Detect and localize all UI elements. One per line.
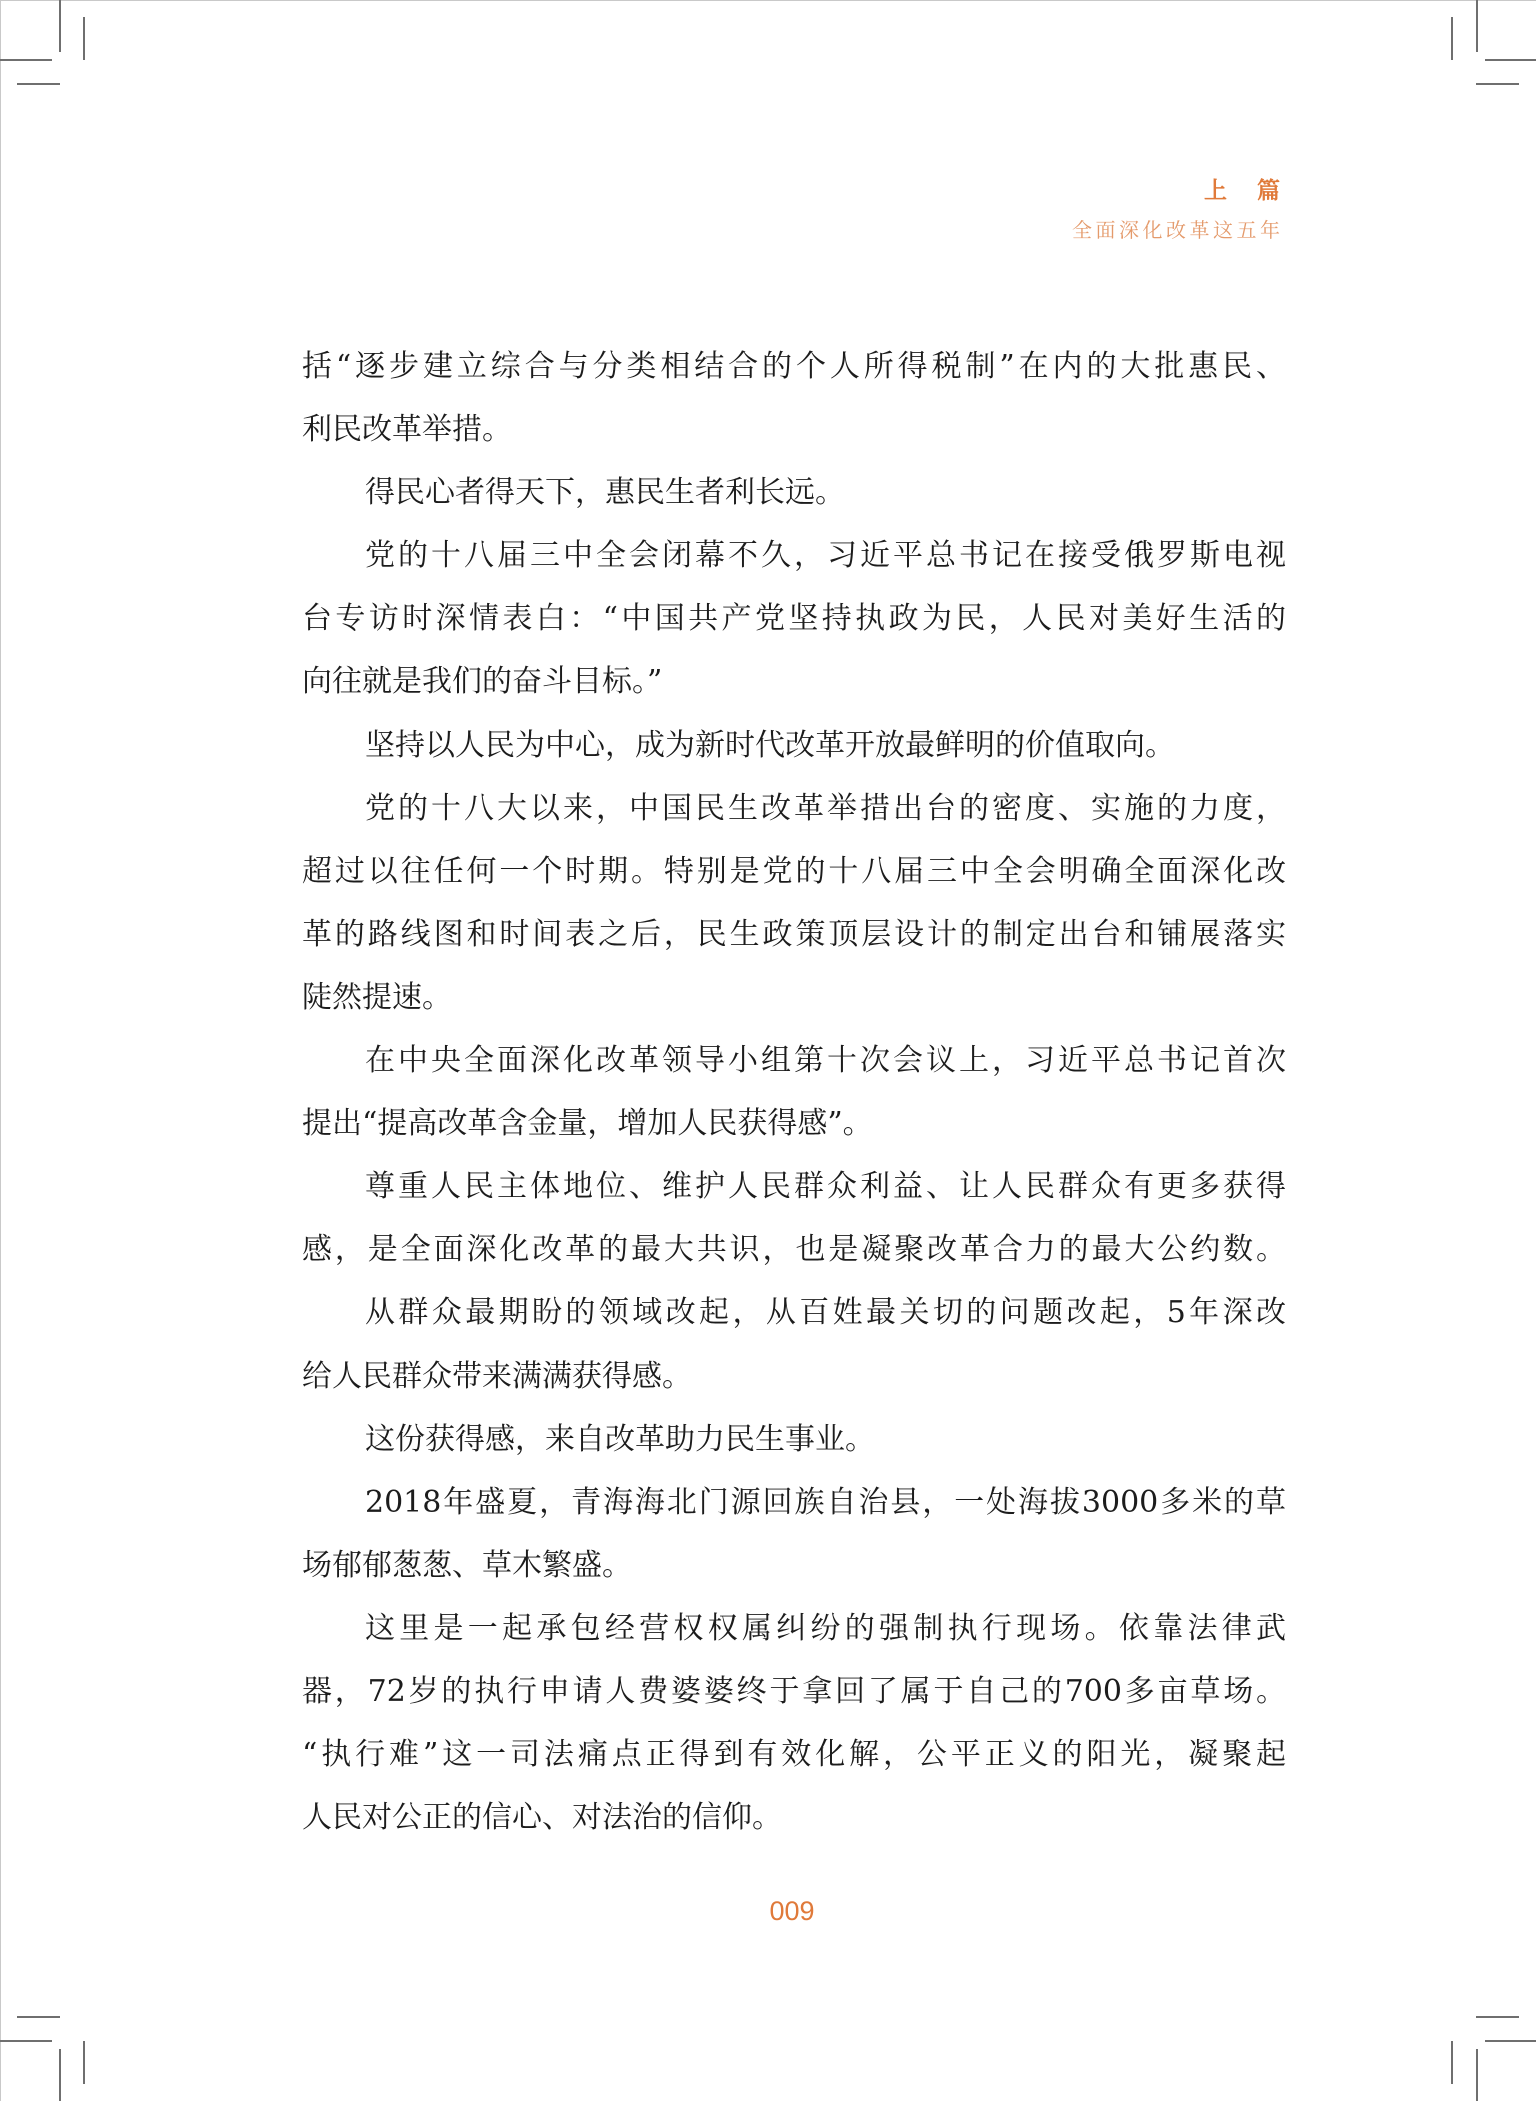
crop-mark-bottom-left-vertical-inner bbox=[83, 2041, 85, 2084]
text-line: 感，是全面深化改革的最大共识，也是凝聚改革合力的最大公约数。 bbox=[302, 1218, 1286, 1281]
crop-mark-bottom-left-horizontal-inner bbox=[17, 2016, 60, 2018]
text-line: 超过以往任何一个时期。特别是党的十八届三中全会明确全面深化改 bbox=[302, 840, 1286, 903]
text-line: 利民改革举措。 bbox=[302, 398, 1286, 461]
text-line: 场郁郁葱葱、草木繁盛。 bbox=[302, 1534, 1286, 1597]
crop-mark-top-right-horizontal-inner bbox=[1476, 83, 1519, 85]
text-line: “执行难”这一司法痛点正得到有效化解，公平正义的阳光，凝聚起 bbox=[302, 1723, 1286, 1786]
text-line: 提出“提高改革含金量，增加人民获得感”。 bbox=[302, 1092, 1286, 1155]
text-line: 陡然提速。 bbox=[302, 966, 1286, 1029]
text-line: 给人民群众带来满满获得感。 bbox=[302, 1345, 1286, 1408]
page-border-top bbox=[0, 0, 1536, 1]
text-line: 坚持以人民为中心，成为新时代改革开放最鲜明的价值取向。 bbox=[302, 714, 1286, 777]
crop-mark-bottom-right-horizontal-outer bbox=[1485, 2040, 1536, 2042]
text-line: 党的十八届三中全会闭幕不久，习近平总书记在接受俄罗斯电视 bbox=[302, 524, 1286, 587]
running-head-part-title: 上 篇 bbox=[1204, 172, 1291, 205]
text-line: 得民心者得天下，惠民生者利长远。 bbox=[302, 461, 1286, 524]
crop-mark-top-left-horizontal-inner bbox=[17, 83, 60, 85]
crop-mark-bottom-left-vertical-outer bbox=[59, 2049, 61, 2101]
crop-mark-top-left-horizontal-outer bbox=[0, 59, 52, 61]
text-line: 从群众最期盼的领域改起，从百姓最关切的问题改起，5年深改 bbox=[302, 1281, 1286, 1344]
page-number: 009 bbox=[742, 1896, 842, 1927]
text-line: 向往就是我们的奋斗目标。” bbox=[302, 650, 1286, 713]
crop-mark-top-left-vertical-inner bbox=[83, 17, 85, 60]
text-line: 台专访时深情表白：“中国共产党坚持执政为民，人民对美好生活的 bbox=[302, 587, 1286, 650]
text-line: 党的十八大以来，中国民生改革举措出台的密度、实施的力度， bbox=[302, 777, 1286, 840]
text-line: 括“逐步建立综合与分类相结合的个人所得税制”在内的大批惠民、 bbox=[302, 335, 1286, 398]
crop-mark-top-left-vertical-outer bbox=[59, 0, 61, 52]
running-head-part-subtitle: 全面深化改革这五年 bbox=[1072, 214, 1284, 243]
page-border-left bbox=[0, 0, 1, 2101]
crop-mark-top-right-vertical-outer bbox=[1476, 0, 1478, 52]
crop-mark-top-right-horizontal-outer bbox=[1485, 59, 1536, 61]
text-line: 人民对公正的信心、对法治的信仰。 bbox=[302, 1786, 1286, 1849]
crop-mark-bottom-left-horizontal-outer bbox=[0, 2040, 52, 2042]
text-line: 2018年盛夏，青海海北门源回族自治县，一处海拔3000多米的草 bbox=[302, 1471, 1286, 1534]
text-line: 在中央全面深化改革领导小组第十次会议上，习近平总书记首次 bbox=[302, 1029, 1286, 1092]
crop-mark-bottom-right-vertical-outer bbox=[1476, 2049, 1478, 2101]
text-line: 这份获得感，来自改革助力民生事业。 bbox=[302, 1408, 1286, 1471]
text-line: 革的路线图和时间表之后，民生政策顶层设计的制定出台和铺展落实 bbox=[302, 903, 1286, 966]
body-text: 括“逐步建立综合与分类相结合的个人所得税制”在内的大批惠民、利民改革举措。得民心… bbox=[302, 335, 1286, 1849]
crop-mark-bottom-right-horizontal-inner bbox=[1476, 2016, 1519, 2018]
text-line: 器，72岁的执行申请人费婆婆终于拿回了属于自己的700多亩草场。 bbox=[302, 1660, 1286, 1723]
text-line: 尊重人民主体地位、维护人民群众利益、让人民群众有更多获得 bbox=[302, 1155, 1286, 1218]
text-line: 这里是一起承包经营权权属纠纷的强制执行现场。依靠法律武 bbox=[302, 1597, 1286, 1660]
crop-mark-top-right-vertical-inner bbox=[1451, 17, 1453, 60]
crop-mark-bottom-right-vertical-inner bbox=[1451, 2041, 1453, 2084]
